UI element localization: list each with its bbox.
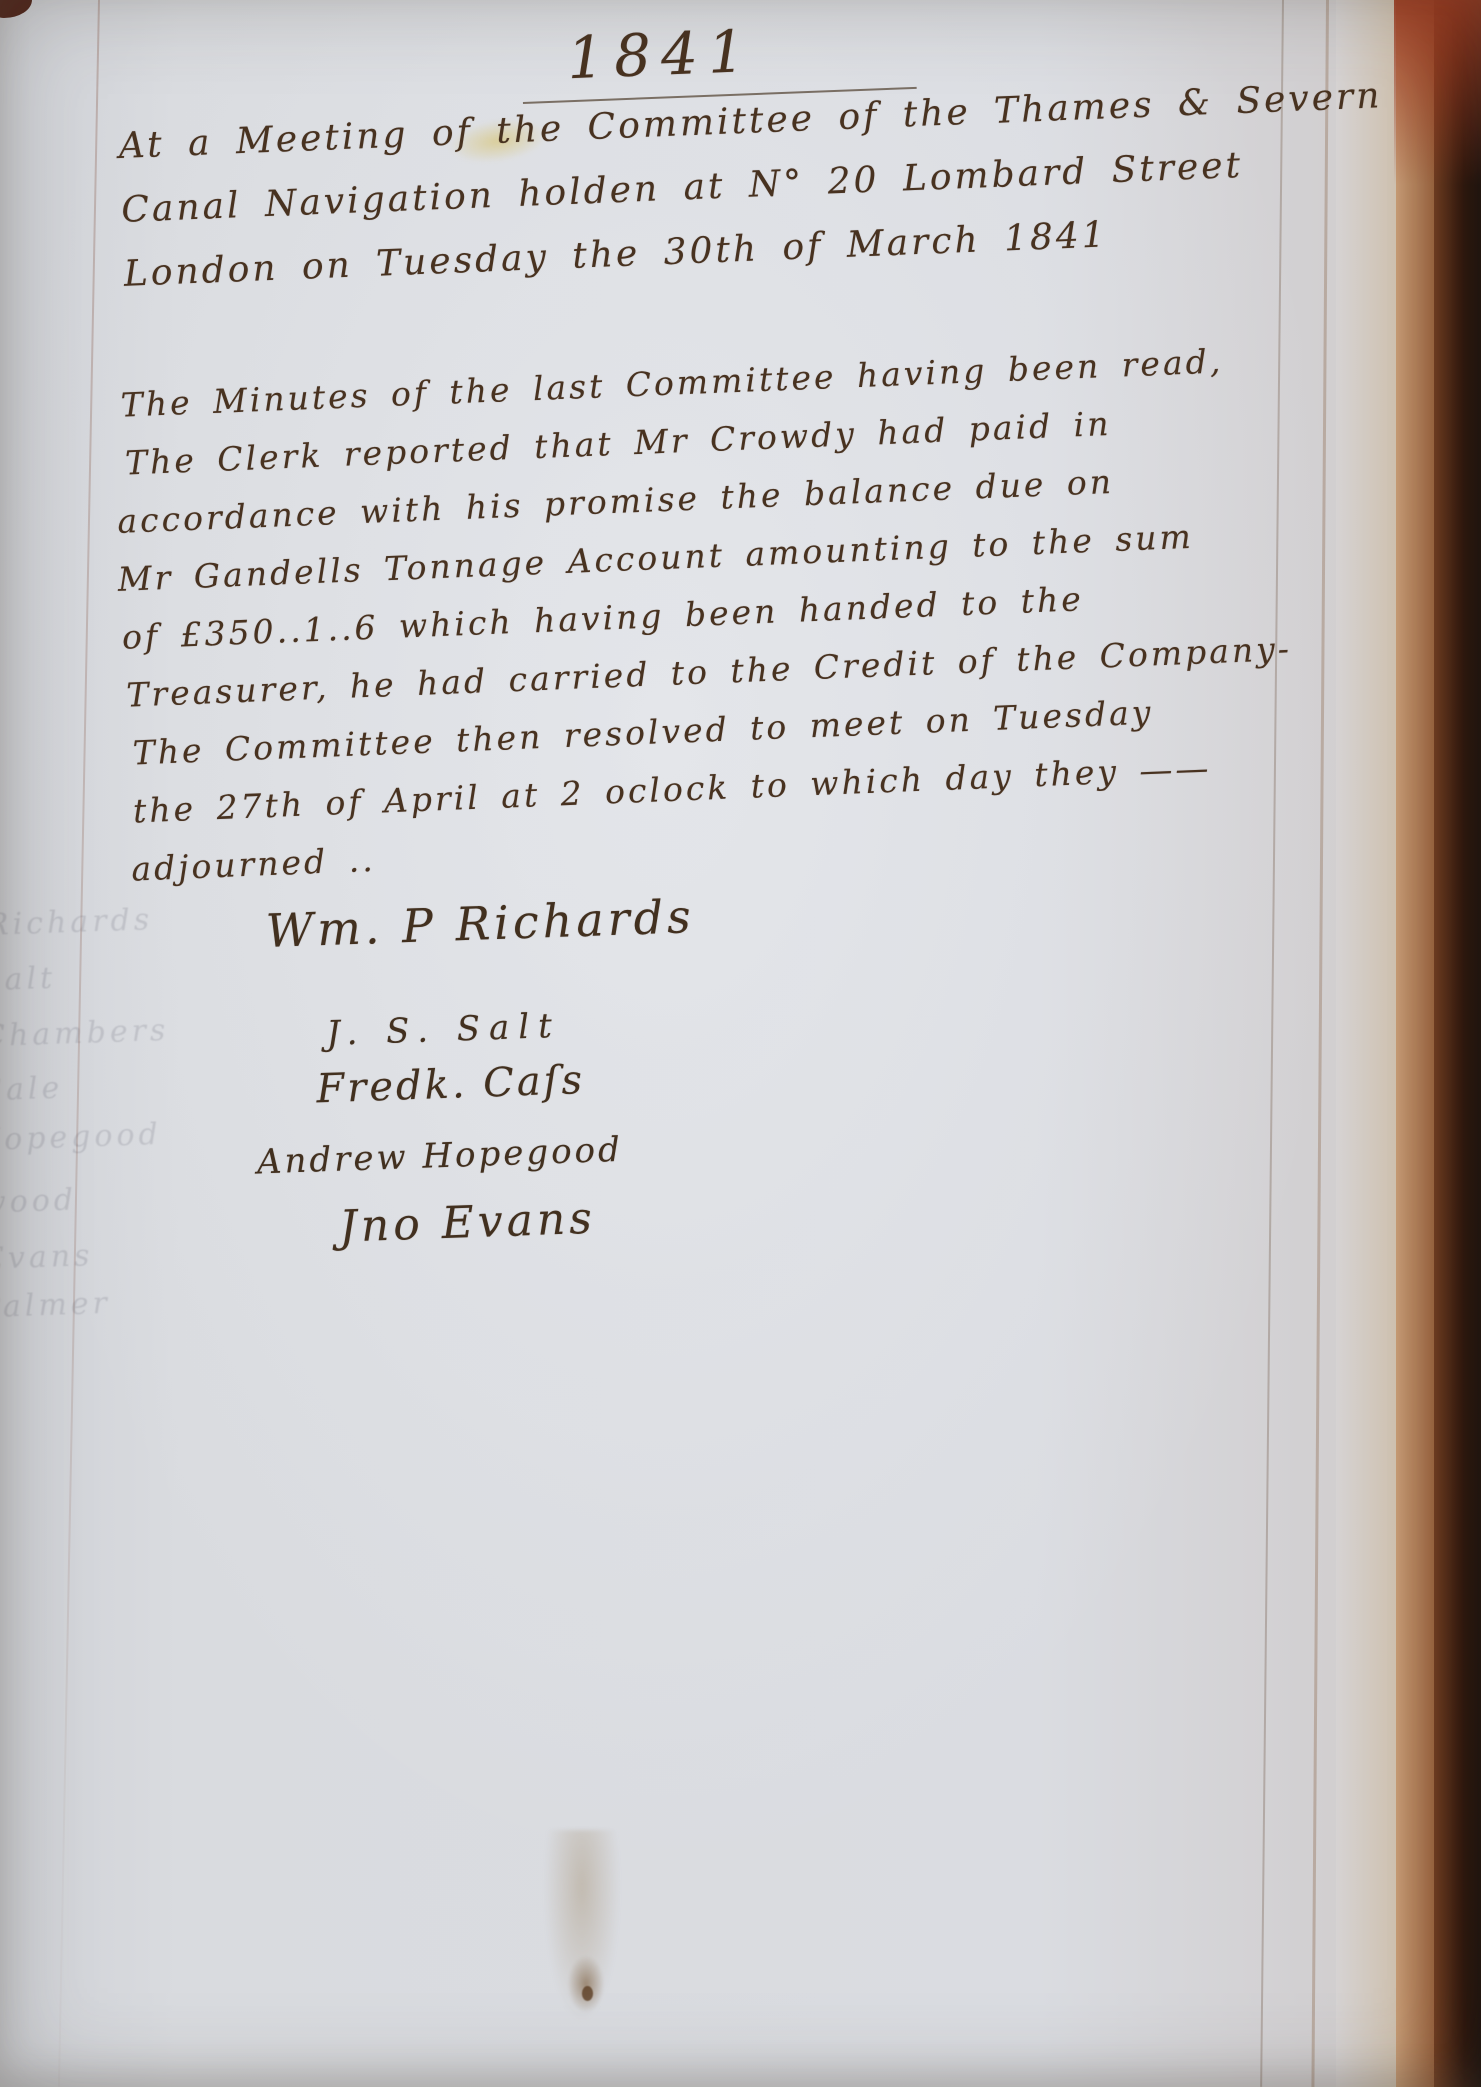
bottom-drip-stain: [545, 1830, 619, 2020]
signature-block: Wm. P Richards J. S. Salt Fredk. Caſs An…: [210, 882, 923, 1286]
right-margin-rule: [1260, 0, 1284, 2087]
margin-ghost-text: Chambers: [0, 1013, 170, 1055]
photo-corner-shadow: [0, 0, 32, 18]
margin-ghost-text: Gale: [0, 1071, 64, 1109]
minutes-body-paragraph: The Minutes of the last Committee having…: [112, 339, 1298, 907]
margin-ghost-text: Evans: [0, 1238, 94, 1277]
signature: J. S. Salt: [326, 1006, 562, 1054]
opening-paragraph: At a Meeting of the Committee of the Tha…: [118, 75, 1389, 318]
bottom-stain-tip: [568, 1956, 604, 2012]
margin-ghost-text: Hopegood: [0, 1117, 162, 1159]
margin-ghost-text: Palmer: [0, 1286, 111, 1326]
book-binding-tan-strip: [1396, 0, 1436, 2087]
page-edge-line: [1311, 0, 1329, 2087]
margin-ghost-text: wood: [0, 1182, 78, 1220]
book-binding-red-corner: [1394, 0, 1481, 185]
margin-ghost-text: Salt: [0, 961, 57, 999]
book-binding-dark-strip: [1434, 0, 1481, 2087]
signature: Jno Evans: [338, 1193, 596, 1253]
signature: Andrew Hopegood: [256, 1130, 623, 1183]
adjacent-page-edge: [1336, 0, 1398, 2087]
signature: Fredk. Caſs: [316, 1057, 586, 1112]
manuscript-photo: 1841 At a Meeting of the Committee of th…: [0, 0, 1481, 2087]
year-heading: 1841: [520, 11, 916, 104]
margin-ghost-text: Richards: [0, 902, 154, 943]
bottom-stain-dot: [582, 1986, 593, 2001]
